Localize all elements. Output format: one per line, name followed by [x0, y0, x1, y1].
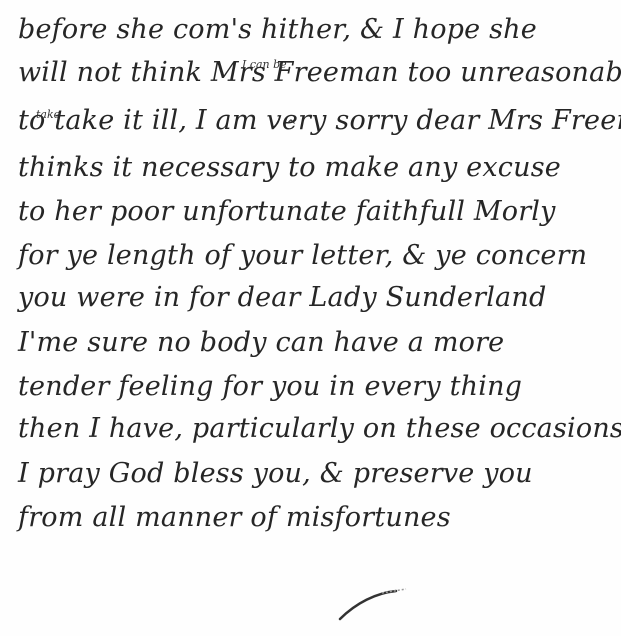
letter-line-11: I pray God bless you, & preserve you — [18, 458, 533, 489]
interlinear-insertion-1: I can be — [242, 58, 287, 71]
letter-line-9: tender feeling for you in every thing — [18, 371, 522, 402]
letter-line-6: for ye length of your letter, & ye conce… — [18, 240, 587, 271]
letter-line-10: then I have, particularly on these occas… — [18, 413, 621, 444]
interlinear-insertion-2: take — [36, 108, 60, 121]
letter-line-8: I'me sure no body can have a more — [18, 327, 504, 358]
pen-flourish-icon — [336, 585, 416, 625]
manuscript-page: before she com's hither, & I hope she wi… — [0, 0, 621, 636]
letter-line-7: you were in for dear Lady Sunderland — [18, 282, 546, 313]
caret-mark-icon: ^ — [285, 118, 297, 134]
letter-line-12: from all manner of misfortunes — [18, 502, 451, 533]
letter-line-3: to take it ill, I am very sorry dear Mrs… — [18, 105, 621, 136]
letter-line-4: thinks it necessary to make any excuse — [18, 152, 561, 183]
caret-mark-icon: ^ — [55, 160, 67, 176]
letter-line-5: to her poor unfortunate faithfull Morly — [18, 196, 556, 227]
letter-line-1: before she com's hither, & I hope she — [18, 14, 537, 45]
letter-line-2: will not think Mrs Freeman too unreasona… — [18, 57, 621, 88]
